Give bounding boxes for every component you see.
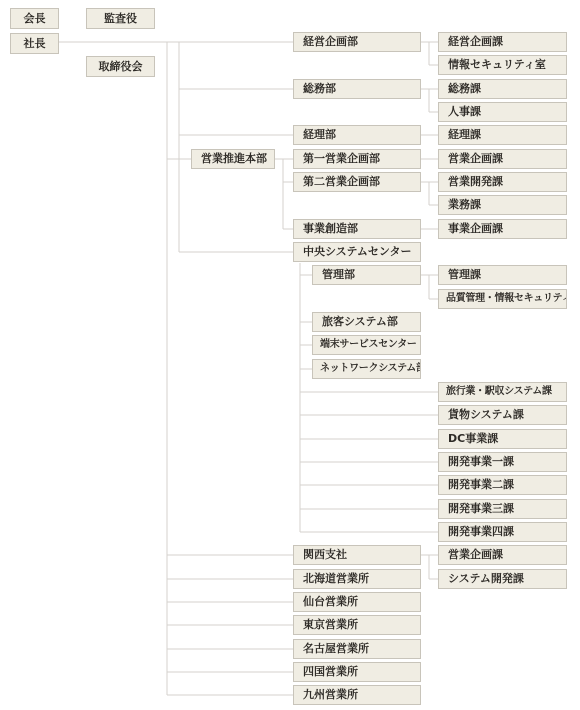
org-node-system-development-section: システム開発課 — [438, 569, 567, 589]
org-node-sales-planning-section: 営業企画課 — [438, 149, 567, 169]
org-node-terminal-service-center: 端末サービスセンター — [312, 335, 421, 355]
org-node-general-affairs-dept: 総務部 — [293, 79, 421, 99]
org-node-first-sales-planning-dept: 第一営業企画部 — [293, 149, 421, 169]
org-node-accounting-section: 経理課 — [438, 125, 567, 145]
org-node-shikoku-sales-office: 四国営業所 — [293, 662, 421, 682]
org-node-development-business-section-2: 開発事業二課 — [438, 475, 567, 495]
org-node-operations-section: 業務課 — [438, 195, 567, 215]
org-node-development-business-section-1: 開発事業一課 — [438, 452, 567, 472]
org-node-quality-info-security-section: 品質管理・情報セキュリティ課 — [438, 289, 567, 309]
org-node-president: 社長 — [10, 33, 59, 54]
org-node-kansai-sales-planning-section: 営業企画課 — [438, 545, 567, 565]
org-node-hr-section: 人事課 — [438, 102, 567, 122]
org-node-administration-section: 管理課 — [438, 265, 567, 285]
org-node-kyushu-sales-office: 九州営業所 — [293, 685, 421, 705]
org-node-nagoya-sales-office: 名古屋営業所 — [293, 639, 421, 659]
org-chart: 会長 監査役 社長 取締役会 経営企画部 総務部 経理部 営業推進本部 第一営業… — [0, 0, 580, 710]
org-node-central-system-center: 中央システムセンター — [293, 242, 421, 262]
org-node-board-of-directors: 取締役会 — [86, 56, 155, 77]
org-node-corporate-planning-section: 経営企画課 — [438, 32, 567, 52]
org-node-dc-business-section: DC事業課 — [438, 429, 567, 449]
org-node-freight-system-section: 貨物システム課 — [438, 405, 567, 425]
org-node-corporate-planning-dept: 経営企画部 — [293, 32, 421, 52]
org-node-info-security-office: 情報セキュリティ室 — [438, 55, 567, 75]
org-node-sendai-sales-office: 仙台営業所 — [293, 592, 421, 612]
org-node-general-affairs-section: 総務課 — [438, 79, 567, 99]
org-node-accounting-dept: 経理部 — [293, 125, 421, 145]
org-node-sales-development-section: 営業開発課 — [438, 172, 567, 192]
org-node-business-planning-section: 事業企画課 — [438, 219, 567, 239]
org-node-development-business-section-4: 開発事業四課 — [438, 522, 567, 542]
org-node-passenger-system-dept: 旅客システム部 — [312, 312, 421, 332]
org-node-sales-promotion-hq: 営業推進本部 — [191, 149, 275, 169]
org-node-development-business-section-3: 開発事業三課 — [438, 499, 567, 519]
org-node-tokyo-sales-office: 東京営業所 — [293, 615, 421, 635]
org-node-business-creation-dept: 事業創造部 — [293, 219, 421, 239]
org-node-chairman: 会長 — [10, 8, 59, 29]
org-node-second-sales-planning-dept: 第二営業企画部 — [293, 172, 421, 192]
org-node-hokkaido-sales-office: 北海道営業所 — [293, 569, 421, 589]
org-node-travel-station-revenue-system-section: 旅行業・駅収システム課 — [438, 382, 567, 402]
org-node-network-system-dept: ネットワークシステム部 — [312, 359, 421, 379]
org-node-auditor: 監査役 — [86, 8, 155, 29]
org-node-kansai-branch: 関西支社 — [293, 545, 421, 565]
org-node-administration-dept: 管理部 — [312, 265, 421, 285]
